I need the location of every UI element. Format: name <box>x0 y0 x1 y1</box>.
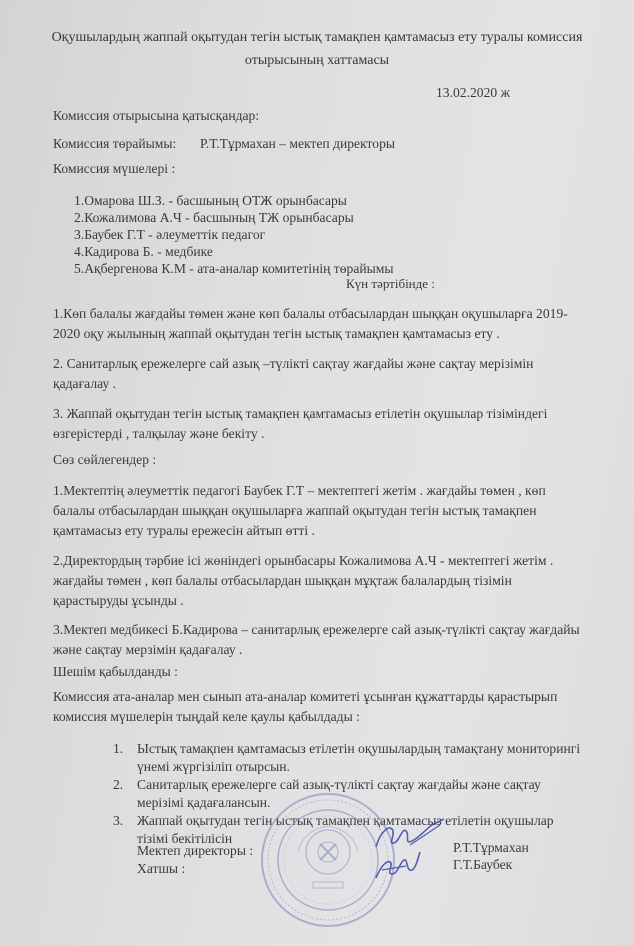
agenda-item-1-line2: 2020 оқу жылының жаппай оқытудан тегін ы… <box>53 326 500 342</box>
agenda-item-3-line2: өзгерістерді , талқылау және бекіту . <box>53 426 264 442</box>
decision-intro-line1: Комиссия ата-аналар мен сынып ата-аналар… <box>53 689 557 705</box>
speaker-1-line2: балалы отбасылардан шыққан оқушыларға жа… <box>53 503 536 519</box>
decision-1-number: 1. <box>113 741 123 757</box>
speaker-3-line1: 3.Мектеп медбикесі Б.Кадирова – санитарл… <box>53 622 580 638</box>
agenda-item-3-line1: 3. Жаппай оқытудан тегін ыстық тамақпен … <box>53 406 547 422</box>
agenda-item-2-line1: 2. Санитарлық ережелерге сай азық –түлік… <box>53 356 533 372</box>
speaker-2-line3: қарастыруды ұсынды . <box>53 593 184 609</box>
participants-heading: Комиссия отырысына қатысқандар: <box>53 108 259 124</box>
decision-2-line2: мерізімі қадағалансын. <box>137 795 270 811</box>
agenda-heading: Күн тәртібінде : <box>346 276 435 292</box>
decision-1-line2: үнемі жүргізіліп отырсын. <box>137 759 290 775</box>
decision-1-line1: Ыстық тамақпен қамтамасыз етілетін оқушы… <box>137 741 580 757</box>
member-item: 1.Омарова Ш.З. - басшының ОТЖ орынбасары <box>74 193 347 209</box>
agenda-item-2-line2: қадағалау . <box>53 376 116 392</box>
director-name: Р.Т.Тұрмахан <box>453 840 529 856</box>
secretary-name: Г.Т.Баубек <box>453 857 512 873</box>
members-heading: Комиссия мүшелері : <box>53 161 175 177</box>
speaker-1-line1: 1.Мектептің әлеуметтік педагогі Баубек Г… <box>53 483 546 499</box>
member-item: 5.Ақбергенова К.М - ата-аналар комитетін… <box>74 261 394 277</box>
speakers-heading: Сөз сөйлегендер : <box>53 452 156 468</box>
member-item: 4.Кадирова Б. - медбике <box>74 244 213 260</box>
speaker-3-line2: және сақтау мерзімін қадағалау . <box>53 642 242 658</box>
member-item: 2.Кожалимова А.Ч - басшының ТЖ орынбасар… <box>74 210 354 226</box>
speaker-1-line3: қамтамасыз ету туралы ережесін айтып өтт… <box>53 523 315 539</box>
agenda-item-1-line1: 1.Көп балалы жағдайы төмен және көп бала… <box>53 306 568 322</box>
speaker-2-line2: жағдайы төмен , көп балалы отбасылардан … <box>53 573 512 589</box>
decision-2-number: 2. <box>113 777 123 793</box>
secretary-signature-icon <box>372 848 422 884</box>
chair-label: Комиссия төрайымы: <box>53 136 176 152</box>
speaker-2-line1: 2.Директордың тәрбие ісі жөніндегі орынб… <box>53 553 553 569</box>
document-date: 13.02.2020 ж <box>436 85 510 101</box>
chair-value: Р.Т.Тұрмахан – мектеп директоры <box>200 136 395 152</box>
decision-intro-line2: комиссия мүшелерін тыңдай келе қаулы қаб… <box>53 709 360 725</box>
decision-3-number: 3. <box>113 813 123 829</box>
member-item: 3.Баубек Г.Т - әлеуметтік педагог <box>74 227 265 243</box>
decision-heading: Шешім қабылданды : <box>53 664 178 680</box>
document-title-line2: отырысының хаттамасы <box>0 53 634 69</box>
document-title-line1: Оқушылардың жаппай оқытудан тегін ыстық … <box>0 30 634 46</box>
director-role: Мектеп директоры : <box>137 843 253 859</box>
secretary-role: Хатшы : <box>137 861 185 877</box>
protocol-document: Оқушылардың жаппай оқытудан тегін ыстық … <box>0 0 634 946</box>
